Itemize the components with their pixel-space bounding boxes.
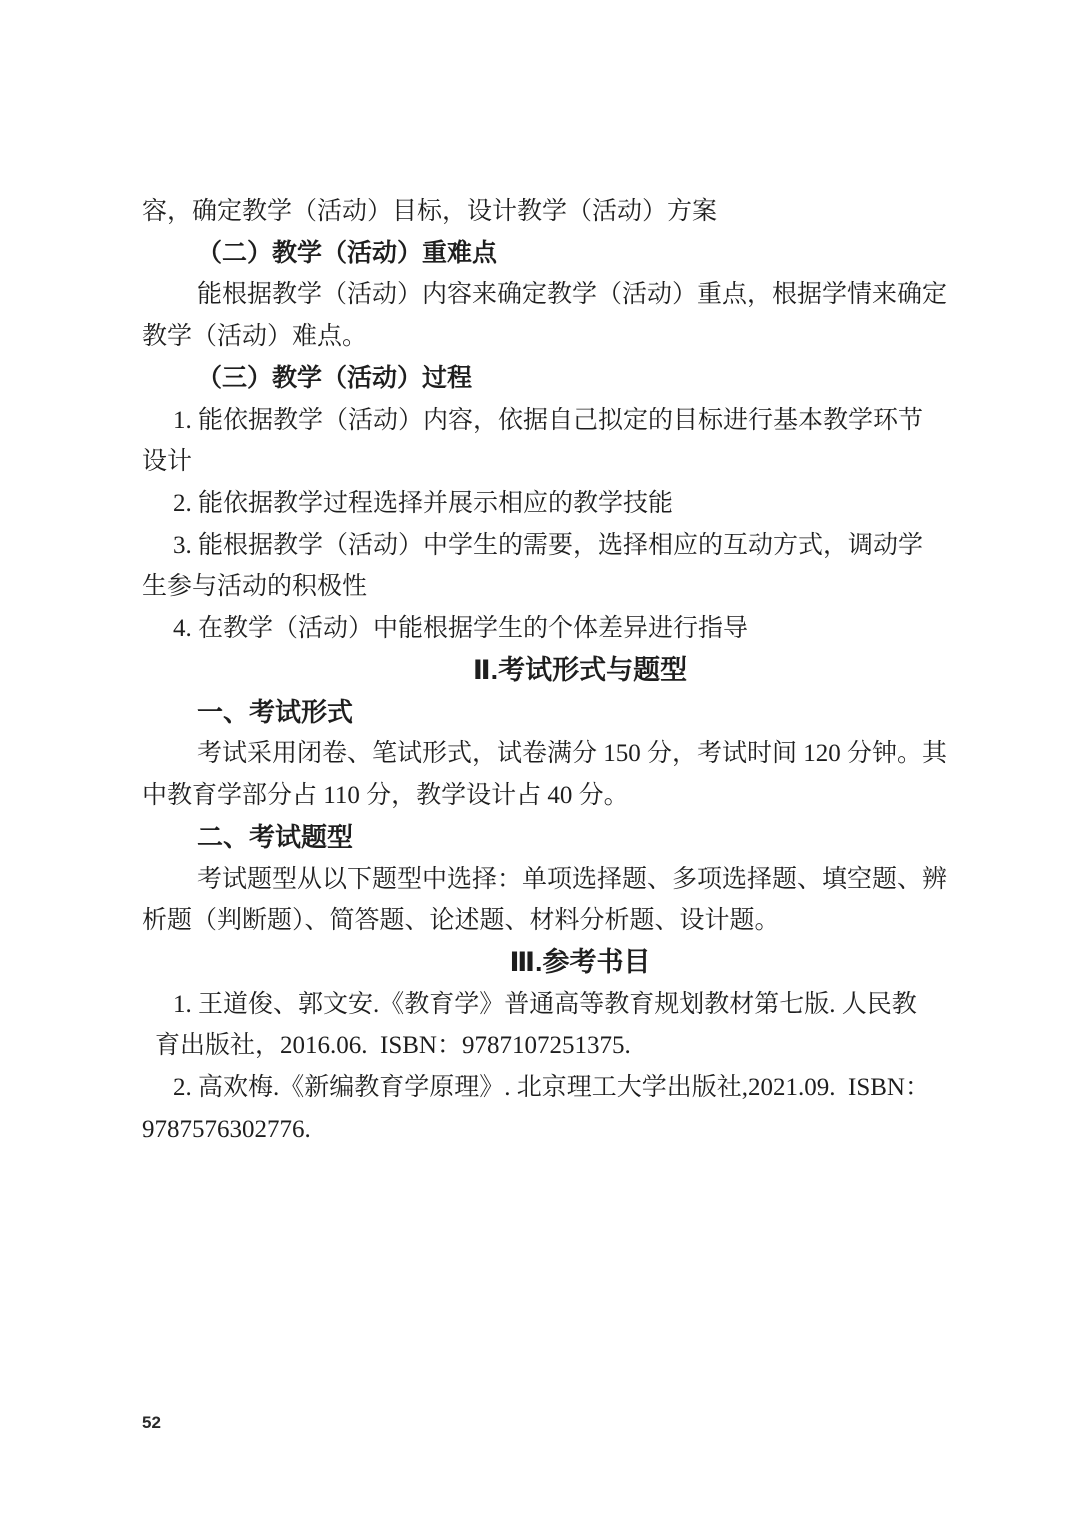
document-page: 容，确定教学（活动）目标，设计教学（活动）方案（二）教学（活动）重难点能根据教学… xyxy=(0,0,1080,1527)
item-3-line-2: 生参与活动的积极性 xyxy=(142,566,942,608)
heading-sub-2: （二）教学（活动）重难点 xyxy=(142,233,942,275)
para-continuation-goal: 容，确定教学（活动）目标，设计教学（活动）方案 xyxy=(142,191,942,233)
item-2: 2. 能依据教学过程选择并展示相应的教学技能 xyxy=(142,483,942,525)
para-types-line-1: 考试题型从以下题型中选择：单项选择题、多项选择题、填空题、辨 xyxy=(142,859,942,901)
page-number: 52 xyxy=(142,1413,161,1433)
para-exam-form-line-2: 中教育学部分占 110 分，教学设计占 40 分。 xyxy=(142,775,942,817)
reference-1-line-1: 1. 王道俊、郭文安.《教育学》普通高等教育规划教材第七版. 人民教 xyxy=(142,984,942,1026)
para-exam-form-line-1: 考试采用闭卷、笔试形式，试卷满分 150 分，考试时间 120 分钟。其 xyxy=(142,733,942,775)
item-4: 4. 在教学（活动）中能根据学生的个体差异进行指导 xyxy=(142,608,942,650)
heading-question-types: 二、考试题型 xyxy=(142,817,942,859)
para-keypoints-line-1: 能根据教学（活动）内容来确定教学（活动）重点，根据学情来确定 xyxy=(142,274,942,316)
heading-section-2: Ⅱ.考试形式与题型 xyxy=(142,650,942,692)
reference-2-line-1: 2. 高欢梅.《新编教育学原理》. 北京理工大学出版社,2021.09. ISB… xyxy=(142,1067,942,1109)
heading-exam-form: 一、考试形式 xyxy=(142,692,942,734)
item-1-line-2: 设计 xyxy=(142,441,942,483)
item-1-line-1: 1. 能依据教学（活动）内容，依据自己拟定的目标进行基本教学环节 xyxy=(142,400,942,442)
heading-sub-3: （三）教学（活动）过程 xyxy=(142,358,942,400)
reference-2-line-2: 9787576302776. xyxy=(142,1109,942,1151)
para-keypoints-line-2: 教学（活动）难点。 xyxy=(142,316,942,358)
text-block: 容，确定教学（活动）目标，设计教学（活动）方案（二）教学（活动）重难点能根据教学… xyxy=(142,191,942,1151)
item-3-line-1: 3. 能根据教学（活动）中学生的需要，选择相应的互动方式，调动学 xyxy=(142,525,942,567)
para-types-line-2: 析题（判断题）、简答题、论述题、材料分析题、设计题。 xyxy=(142,900,942,942)
reference-1-line-2: 育出版社，2016.06. ISBN：9787107251375. xyxy=(142,1025,942,1067)
heading-section-3: Ⅲ.参考书目 xyxy=(142,942,942,984)
